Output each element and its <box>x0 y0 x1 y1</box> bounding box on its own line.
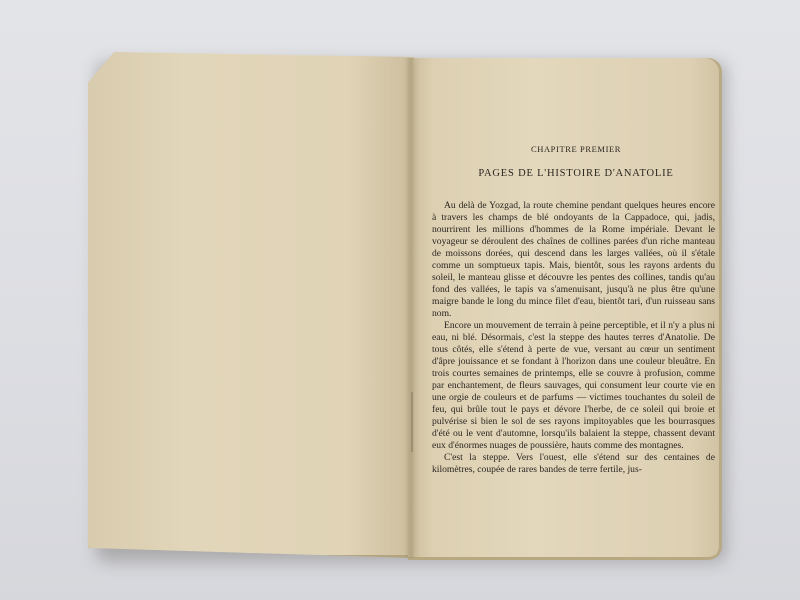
open-book: CHAPITRE PREMIER PAGES DE L'HISTOIRE D'A… <box>0 0 800 600</box>
chapter-body: Au delà de Yozgad, la route chemine pend… <box>423 200 715 476</box>
paragraph-2: Encore un mouvement de terrain à peine p… <box>432 320 715 452</box>
chapter-title: PAGES DE L'HISTOIRE D'ANATOLIE <box>437 168 715 179</box>
right-page-text: CHAPITRE PREMIER PAGES DE L'HISTOIRE D'A… <box>423 144 715 476</box>
paragraph-1: Au delà de Yozgad, la route chemine pend… <box>432 200 715 320</box>
paragraph-3: C'est la steppe. Vers l'ouest, elle s'ét… <box>432 452 715 476</box>
book-gutter <box>404 58 420 558</box>
binding-thread <box>411 392 413 452</box>
left-page-blank <box>88 52 414 558</box>
chapter-label: CHAPITRE PREMIER <box>437 144 715 154</box>
